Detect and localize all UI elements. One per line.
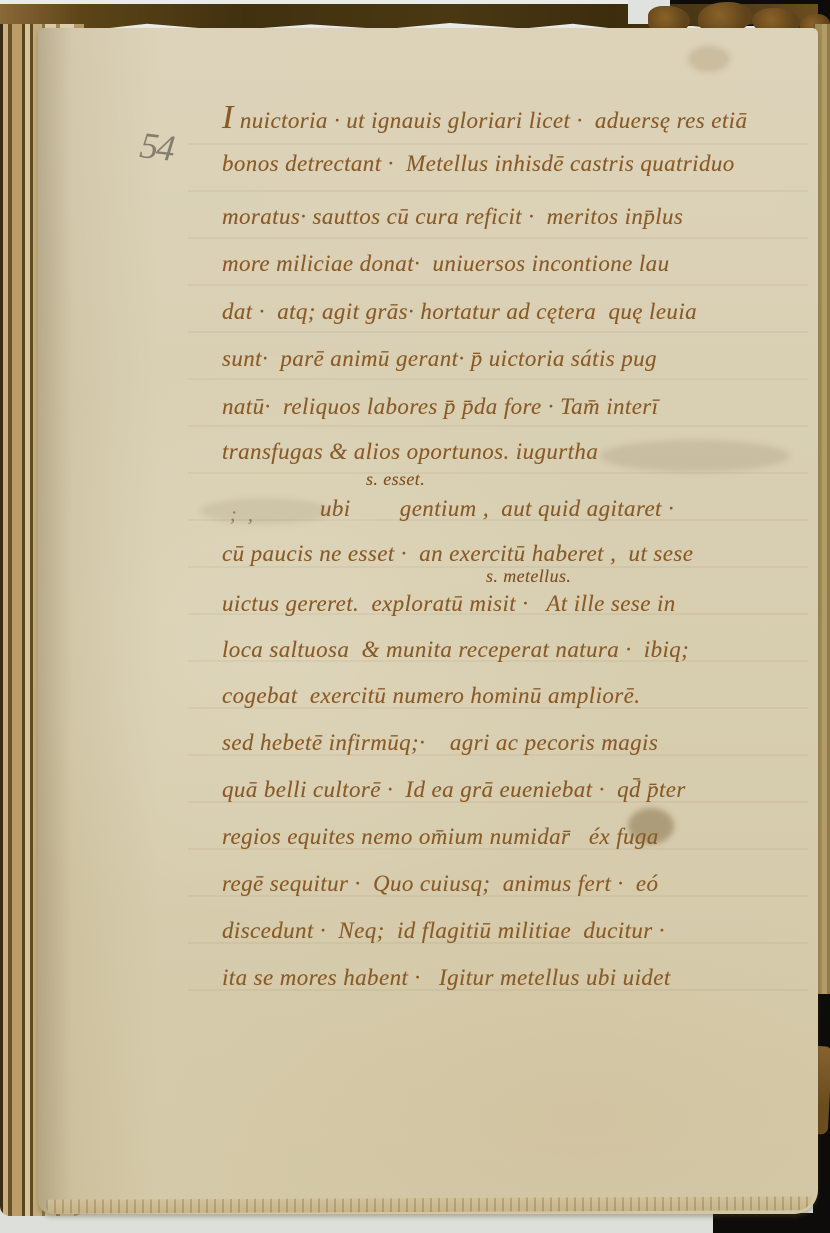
manuscript-line: ubi gentium , aut quid agitaret · <box>320 497 674 520</box>
manuscript-line: sunt· parē animū gerant· p̄ uictoria sát… <box>222 347 657 370</box>
manuscript-line: cogebat exercitū numero hominū ampliorē. <box>222 684 640 707</box>
manuscript-line: loca saltuosa & munita receperat natura … <box>222 638 689 661</box>
manuscript-line: transfugas & alios oportunos. iugurtha <box>222 440 598 463</box>
interlinear-gloss: s. esset. <box>366 470 425 488</box>
manuscript-line: regios equites nemo om̄ium numidar̄ éx f… <box>222 825 659 848</box>
manuscript-line: discedunt · Neq; id flagitiū militiae du… <box>222 919 665 942</box>
manuscript-line: regē sequitur · Quo cuiusq; animus fert … <box>222 872 658 895</box>
manuscript-line: bonos detrectant · Metellus inhisdē cast… <box>222 152 735 175</box>
erased-marks: ; , <box>230 505 253 525</box>
manuscript-line: cū paucis ne esset · an exercitū haberet… <box>222 542 693 565</box>
manuscript-line: sed hebetē infirmūq;· agri ac pecoris ma… <box>222 731 658 754</box>
manuscript-line: ita se mores habent · Igitur metellus ub… <box>222 966 671 989</box>
manuscript-line: dat · atq; agit grās· hortatur ad cętera… <box>222 300 697 323</box>
manuscript-line: more miliciae donat· uniuersos incontion… <box>222 252 669 275</box>
manuscript-line: natū· reliquos labores p̄ p̄da fore · Ta… <box>222 395 658 418</box>
text-block: I nuictoria · ut ignauis gloriari licet … <box>0 0 830 1233</box>
manuscript-line: quā belli cultorē · Id ea grā eueniebat … <box>222 778 686 801</box>
interlinear-gloss: s. metellus. <box>486 567 571 585</box>
manuscript-line: moratus· sauttos cū cura reficit · merit… <box>222 205 683 228</box>
manuscript-line: I nuictoria · ut ignauis gloriari licet … <box>222 101 747 135</box>
manuscript-line: uictus gereret. exploratū misit · At ill… <box>222 592 676 615</box>
manuscript-photo: 54 I nuictoria · ut ignauis gloriari lic… <box>0 0 830 1233</box>
